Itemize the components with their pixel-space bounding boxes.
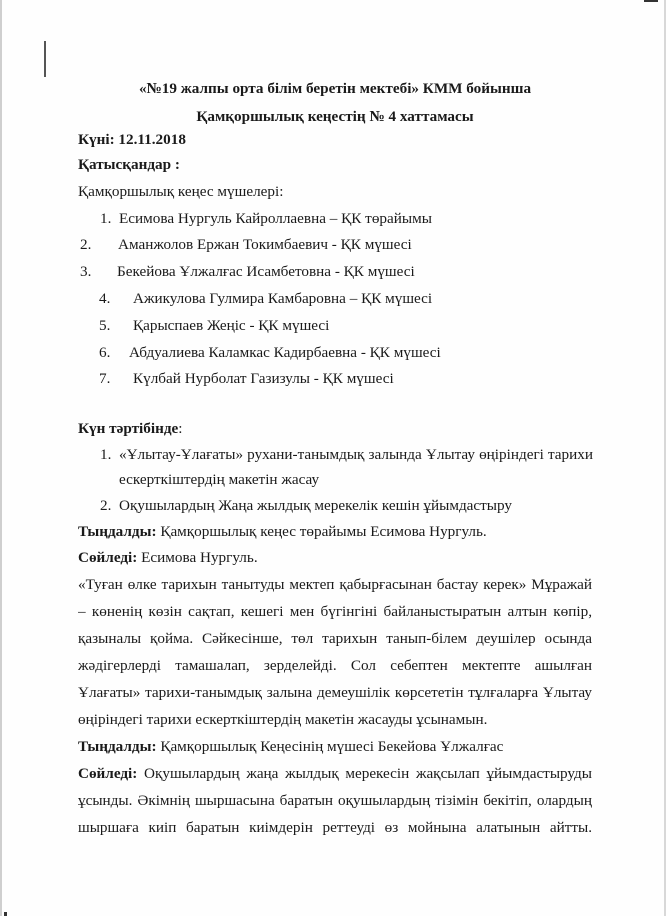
spoke-line-1: Сөйледі: Есимова Нургуль. <box>78 549 258 567</box>
agenda-heading: Күн тәртібінде: <box>78 420 183 438</box>
paragraph-line: «Туған өлке тарихын танытуды мектеп қабы… <box>78 576 592 594</box>
member-text: Ажикулова Гулмира Камбаровна – ҚК мүшесі <box>133 290 432 308</box>
members-heading: Қамқоршылық кеңес мүшелері: <box>78 183 283 201</box>
spoke-text: Есимова Нургуль. <box>137 549 257 566</box>
heard-label: Тыңдалды: <box>78 523 157 540</box>
member-number: 4. <box>99 290 110 308</box>
member-text: Аманжолов Ержан Токимбаевич - ҚК мүшесі <box>118 236 412 254</box>
document-title-line2: Қамқоршылық кеңестің № 4 хаттамасы <box>2 108 666 126</box>
scan-bottom-mark <box>4 912 7 916</box>
member-number: 6. <box>99 344 110 362</box>
agenda-colon: : <box>178 420 182 437</box>
agenda-text-line2: ескерткіштердің макетін жасау <box>119 471 319 489</box>
paragraph-line: ұсынды. Әкімнің шыршасына баратын оқушыл… <box>78 792 592 810</box>
paragraph-line: жәдігерлерді тамашалап, зерделейді. Сол … <box>78 657 592 675</box>
member-text: Күлбай Нурболат Газизулы - ҚК мүшесі <box>133 370 394 388</box>
heard-text: Қамқоршылық кеңес төрайымы Есимова Нургу… <box>157 523 487 540</box>
paragraph-line: өңіріндегі тарихи ескерткіштердің макеті… <box>78 711 487 729</box>
member-text: Абдуалиева Каламкас Кадирбаевна - ҚК мүш… <box>129 344 441 362</box>
member-number: 7. <box>99 370 110 388</box>
paragraph-line: Ұлағаты» тарихи-танымдық залына демеушіл… <box>78 684 592 702</box>
scanned-document-page: «№19 жалпы орта білім беретін мектебі» К… <box>0 0 666 916</box>
margin-pen-mark <box>44 41 46 77</box>
agenda-text-line1: «Ұлытау-Ұлағаты» рухани-танымдық залында… <box>119 446 593 464</box>
member-text: Бекейова Ұлжалғас Исамбетовна - ҚК мүшес… <box>117 263 415 281</box>
member-number: 5. <box>99 317 110 335</box>
spoke-line-2: Сөйледі: Оқушылардың жаңа жылдық мерекес… <box>78 765 592 783</box>
heard-line-2: Тыңдалды: Қамқоршылық Кеңесінің мүшесі Б… <box>78 738 503 756</box>
member-number: 2. <box>80 236 91 254</box>
scan-corner-mark <box>644 0 658 2</box>
agenda-label: Күн тәртібінде <box>78 420 178 437</box>
participants-label: Қатысқандар : <box>78 156 180 174</box>
spoke-label: Сөйледі: <box>78 549 137 566</box>
member-number: 3. <box>80 263 91 281</box>
meeting-date: Күні: 12.11.2018 <box>78 131 186 149</box>
agenda-number: 2. <box>100 497 111 515</box>
agenda-number: 1. <box>100 446 111 464</box>
member-number: 1. <box>100 210 111 228</box>
spoke-label: Сөйледі: <box>78 765 137 782</box>
paragraph-line: қазыналы қойма. Сәйкесінше, төл тарихын … <box>78 630 592 648</box>
spoke-text: Оқушылардың жаңа жылдық мерекесін жақсыл… <box>137 765 592 782</box>
heard-line-1: Тыңдалды: Қамқоршылық кеңес төрайымы Еси… <box>78 523 487 541</box>
member-text: Қарыспаев Жеңіс - ҚК мүшесі <box>133 317 329 335</box>
heard-label: Тыңдалды: <box>78 738 157 755</box>
document-title-line1: «№19 жалпы орта білім беретін мектебі» К… <box>2 80 666 98</box>
heard-text: Қамқоршылық Кеңесінің мүшесі Бекейова Ұл… <box>157 738 504 755</box>
member-text: Есимова Нургуль Кайроллаевна – ҚК төрайы… <box>119 210 432 228</box>
paragraph-line: шыршаға киіп баратын киімдерін реттеуді … <box>78 819 592 837</box>
agenda-text-line1: Оқушылардың Жаңа жылдық мерекелік кешін … <box>119 497 512 515</box>
paragraph-line: – көненің көзін сақтап, кешегі мен бүгін… <box>78 603 592 621</box>
